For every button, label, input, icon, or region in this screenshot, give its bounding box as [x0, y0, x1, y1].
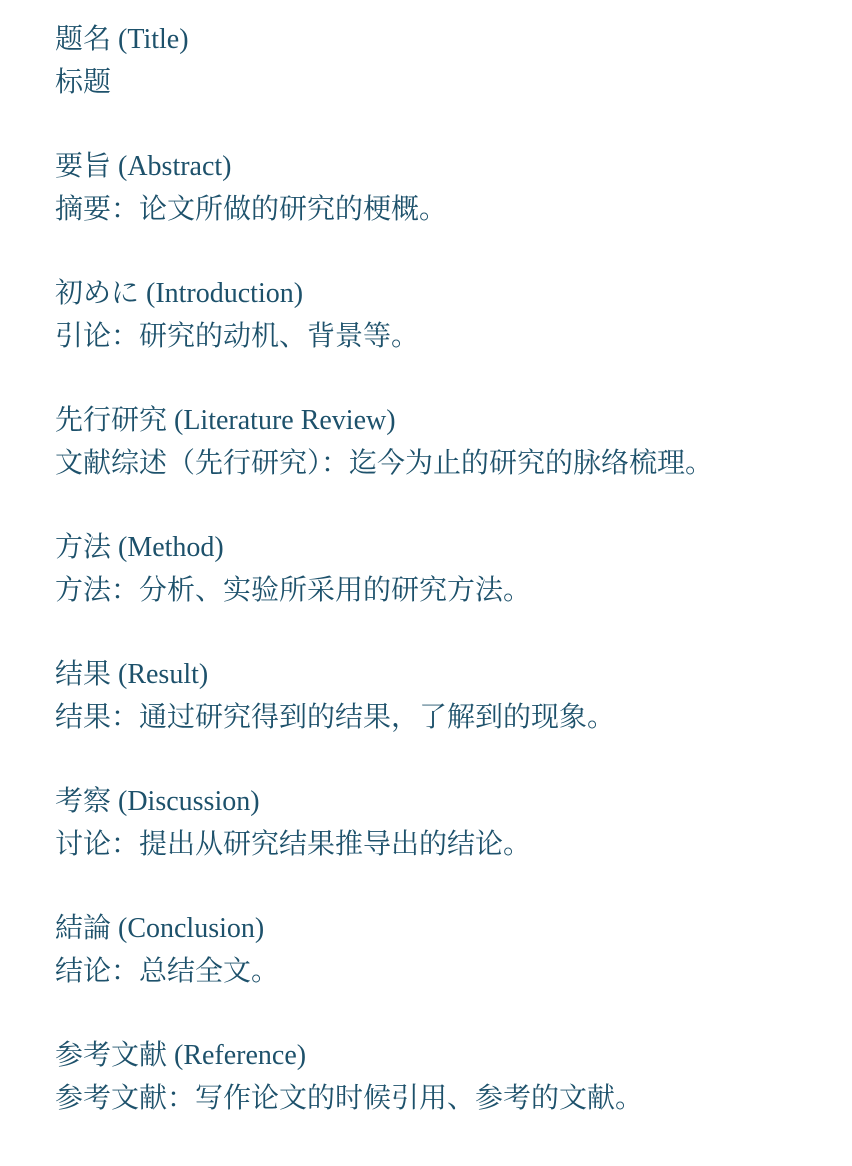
section-description: 方法：分析、实验所采用的研究方法。: [55, 569, 822, 612]
paper-structure-document: 题名 (Title) 标题 要旨 (Abstract) 摘要：论文所做的研究的梗…: [0, 0, 852, 1166]
section-description: 结果：通过研究得到的结果，了解到的现象。: [55, 696, 822, 739]
section-abstract: 要旨 (Abstract) 摘要：论文所做的研究的梗概。: [55, 145, 822, 231]
section-heading: 结果 (Result): [55, 653, 822, 696]
section-introduction: 初めに (Introduction) 引论：研究的动机、背景等。: [55, 272, 822, 358]
section-heading: 結論 (Conclusion): [55, 907, 822, 950]
section-description: 文献综述（先行研究）：迄今为止的研究的脉络梳理。: [55, 442, 822, 485]
section-title: 题名 (Title) 标题: [55, 18, 822, 104]
section-heading: 题名 (Title): [55, 18, 822, 61]
section-description: 参考文献：写作论文的时候引用、参考的文献。: [55, 1077, 822, 1120]
section-conclusion: 結論 (Conclusion) 结论：总结全文。: [55, 907, 822, 993]
section-heading: 考察 (Discussion): [55, 780, 822, 823]
section-heading: 要旨 (Abstract): [55, 145, 822, 188]
section-heading: 先行研究 (Literature Review): [55, 399, 822, 442]
section-heading: 参考文献 (Reference): [55, 1034, 822, 1077]
section-description: 讨论：提出从研究结果推导出的结论。: [55, 823, 822, 866]
section-heading: 方法 (Method): [55, 526, 822, 569]
section-reference: 参考文献 (Reference) 参考文献：写作论文的时候引用、参考的文献。: [55, 1034, 822, 1120]
section-description: 引论：研究的动机、背景等。: [55, 315, 822, 358]
section-description: 结论：总结全文。: [55, 950, 822, 993]
section-literature-review: 先行研究 (Literature Review) 文献综述（先行研究）：迄今为止…: [55, 399, 822, 485]
section-result: 结果 (Result) 结果：通过研究得到的结果，了解到的现象。: [55, 653, 822, 739]
section-description: 标题: [55, 61, 822, 104]
section-method: 方法 (Method) 方法：分析、实验所采用的研究方法。: [55, 526, 822, 612]
section-discussion: 考察 (Discussion) 讨论：提出从研究结果推导出的结论。: [55, 780, 822, 866]
section-description: 摘要：论文所做的研究的梗概。: [55, 188, 822, 231]
section-heading: 初めに (Introduction): [55, 272, 822, 315]
